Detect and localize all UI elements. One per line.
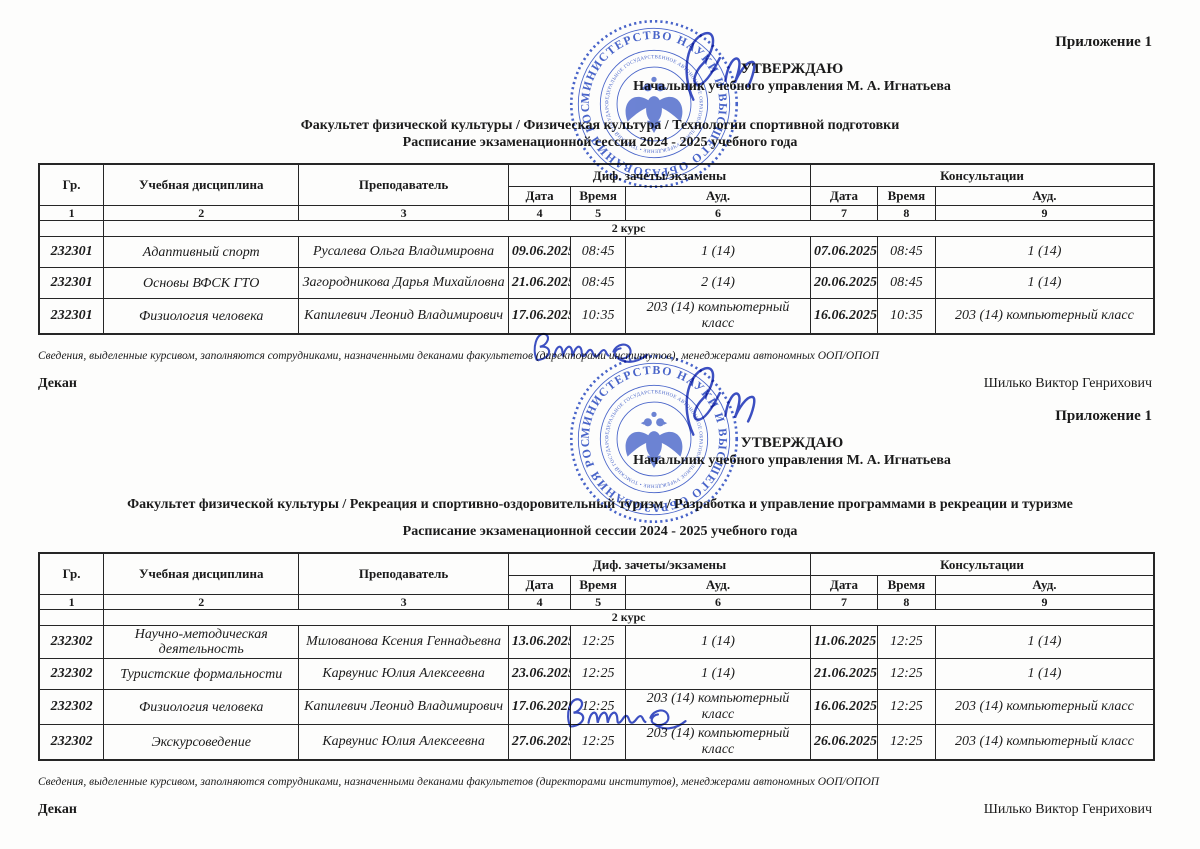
schedule-title: Расписание экзаменационной сессии 2024 -…	[0, 135, 1200, 151]
cell-discipline: Физиология человека	[104, 690, 299, 725]
col-header-cons-date: Дата	[811, 187, 878, 206]
col-header-teacher: Преподаватель	[299, 164, 509, 206]
col-header-discipline: Учебная дисциплина	[104, 164, 299, 206]
col-header-exam-time: Время	[571, 187, 626, 206]
course-row-empty-cell	[39, 221, 104, 237]
cell-discipline: Туристские формальности	[104, 659, 299, 690]
faculty-title: Факультет физической культуры / Рекреаци…	[0, 497, 1200, 513]
column-number: 6	[625, 206, 810, 221]
cell-group: 232302	[39, 626, 104, 659]
cell-cons-date: 16.06.2025	[811, 299, 878, 335]
cell-exam-date: 27.06.2025	[508, 725, 570, 761]
appendix-label: Приложение 1	[0, 408, 1200, 425]
table-row: 232301 Адаптивный спорт Русалева Ольга В…	[39, 237, 1154, 268]
cell-discipline: Экскурсоведение	[104, 725, 299, 761]
cell-teacher: Милованова Ксения Геннадьевна	[299, 626, 509, 659]
table-row: 232302 Физиология человека Капилевич Лео…	[39, 690, 1154, 725]
cell-cons-date: 26.06.2025	[811, 725, 878, 761]
cell-discipline: Физиология человека	[104, 299, 299, 335]
col-header-cons-room: Ауд.	[935, 576, 1154, 595]
exam-schedule-table-2: Гр. Учебная дисциплина Преподаватель Диф…	[38, 552, 1155, 761]
cell-group: 232301	[39, 268, 104, 299]
col-header-cons-time: Время	[877, 187, 935, 206]
cell-exam-date: 09.06.2025	[508, 237, 570, 268]
course-label: 2 курс	[104, 610, 1154, 626]
schedule-section-2: Приложение 1 УТВЕРЖДАЮ Начальник учебног…	[0, 392, 1200, 818]
column-number: 5	[571, 595, 626, 610]
cell-teacher: Загородникова Дарья Михайловна	[299, 268, 509, 299]
table-row: 232302 Экскурсоведение Карвунис Юлия Але…	[39, 725, 1154, 761]
cell-cons-time: 08:45	[877, 237, 935, 268]
column-number: 4	[508, 595, 570, 610]
dean-name: Шилько Виктор Генрихович	[984, 802, 1152, 818]
cell-group: 232301	[39, 299, 104, 335]
dean-name: Шилько Виктор Генрихович	[984, 376, 1152, 392]
cell-cons-date: 16.06.2025	[811, 690, 878, 725]
cell-exam-date: 17.06.2025	[508, 690, 570, 725]
col-header-exam-room: Ауд.	[625, 576, 810, 595]
col-header-cons-time: Время	[877, 576, 935, 595]
column-number: 8	[877, 206, 935, 221]
cell-cons-date: 11.06.2025	[811, 626, 878, 659]
approval-block: УТВЕРЖДАЮ Начальник учебного управления …	[572, 61, 1012, 95]
appendix-label: Приложение 1	[0, 34, 1200, 51]
table-row: 232301 Физиология человека Капилевич Лео…	[39, 299, 1154, 335]
col-header-cons-date: Дата	[811, 576, 878, 595]
cell-teacher: Капилевич Леонид Владимирович	[299, 690, 509, 725]
approve-officer-name: Начальник учебного управления М. А. Игна…	[572, 79, 1012, 96]
col-header-consultations: Консультации	[811, 553, 1154, 576]
cell-cons-time: 12:25	[877, 690, 935, 725]
cell-cons-date: 07.06.2025	[811, 237, 878, 268]
cell-cons-time: 10:35	[877, 299, 935, 335]
cell-exam-time: 08:45	[571, 237, 626, 268]
column-number: 4	[508, 206, 570, 221]
cell-cons-time: 08:45	[877, 268, 935, 299]
cell-teacher: Карвунис Юлия Алексеевна	[299, 725, 509, 761]
col-header-exams: Диф. зачеты/экзамены	[508, 164, 810, 187]
cell-cons-room: 203 (14) компьютерный класс	[935, 299, 1154, 335]
column-number: 5	[571, 206, 626, 221]
cell-exam-room: 1 (14)	[625, 626, 810, 659]
faculty-title: Факультет физической культуры / Физическ…	[0, 118, 1200, 134]
document-page: МИНИСТЕРСТВО НАУКИ И ВЫСШЕГО ОБРАЗОВАНИЯ…	[0, 0, 1200, 849]
approve-officer-name: Начальник учебного управления М. А. Игна…	[572, 453, 1012, 470]
col-header-exam-date: Дата	[508, 187, 570, 206]
cell-group: 232301	[39, 237, 104, 268]
cell-exam-time: 12:25	[571, 659, 626, 690]
col-header-consultations: Консультации	[811, 164, 1154, 187]
cell-exam-time: 12:25	[571, 626, 626, 659]
cell-exam-date: 17.06.2025	[508, 299, 570, 335]
column-number: 1	[39, 595, 104, 610]
dean-signature-row: Декан Шилько Виктор Генрихович	[38, 802, 1152, 818]
column-number: 1	[39, 206, 104, 221]
table-row: 232302 Научно-методическая деятельность …	[39, 626, 1154, 659]
approve-heading: УТВЕРЖДАЮ	[572, 61, 1012, 79]
cell-teacher: Карвунис Юлия Алексеевна	[299, 659, 509, 690]
cell-discipline: Научно-методическая деятельность	[104, 626, 299, 659]
course-row-empty-cell	[39, 610, 104, 626]
cell-cons-date: 21.06.2025	[811, 659, 878, 690]
schedule-section-1: Приложение 1 УТВЕРЖДАЮ Начальник учебног…	[0, 0, 1200, 392]
dean-signature-row: Декан Шилько Виктор Генрихович	[38, 376, 1152, 392]
cell-cons-time: 12:25	[877, 659, 935, 690]
cell-exam-room: 1 (14)	[625, 659, 810, 690]
cell-discipline: Адаптивный спорт	[104, 237, 299, 268]
column-number: 6	[625, 595, 810, 610]
table-row: 232302 Туристские формальности Карвунис …	[39, 659, 1154, 690]
cell-exam-room: 203 (14) компьютерный класс	[625, 690, 810, 725]
col-header-exam-date: Дата	[508, 576, 570, 595]
column-number: 3	[299, 595, 509, 610]
cell-cons-room: 203 (14) компьютерный класс	[935, 690, 1154, 725]
col-header-exam-room: Ауд.	[625, 187, 810, 206]
schedule-title: Расписание экзаменационной сессии 2024 -…	[0, 524, 1200, 540]
cell-exam-time: 12:25	[571, 725, 626, 761]
col-header-teacher: Преподаватель	[299, 553, 509, 595]
course-label: 2 курс	[104, 221, 1154, 237]
column-number: 9	[935, 206, 1154, 221]
column-number: 8	[877, 595, 935, 610]
column-number: 7	[811, 206, 878, 221]
col-header-exams: Диф. зачеты/экзамены	[508, 553, 810, 576]
cell-exam-time: 10:35	[571, 299, 626, 335]
exam-schedule-table-1: Гр. Учебная дисциплина Преподаватель Диф…	[38, 163, 1155, 335]
cell-group: 232302	[39, 725, 104, 761]
dean-label: Декан	[38, 376, 77, 392]
cell-cons-room: 1 (14)	[935, 268, 1154, 299]
cell-exam-date: 13.06.2025	[508, 626, 570, 659]
cell-exam-date: 23.06.2025	[508, 659, 570, 690]
cell-exam-time: 08:45	[571, 268, 626, 299]
column-number: 2	[104, 595, 299, 610]
dean-label: Декан	[38, 802, 77, 818]
approve-heading: УТВЕРЖДАЮ	[572, 435, 1012, 453]
cell-cons-room: 1 (14)	[935, 659, 1154, 690]
approval-block: УТВЕРЖДАЮ Начальник учебного управления …	[572, 435, 1012, 469]
col-header-exam-time: Время	[571, 576, 626, 595]
col-header-group: Гр.	[39, 164, 104, 206]
cell-discipline: Основы ВФСК ГТО	[104, 268, 299, 299]
italic-fields-note: Сведения, выделенные курсивом, заполняют…	[38, 350, 1155, 363]
table-row: 232301 Основы ВФСК ГТО Загородникова Дар…	[39, 268, 1154, 299]
cell-exam-room: 2 (14)	[625, 268, 810, 299]
column-number: 9	[935, 595, 1154, 610]
cell-cons-date: 20.06.2025	[811, 268, 878, 299]
cell-exam-time: 12:25	[571, 690, 626, 725]
cell-group: 232302	[39, 659, 104, 690]
col-header-cons-room: Ауд.	[935, 187, 1154, 206]
column-number: 7	[811, 595, 878, 610]
cell-exam-room: 203 (14) компьютерный класс	[625, 299, 810, 335]
cell-exam-room: 1 (14)	[625, 237, 810, 268]
cell-exam-date: 21.06.2025	[508, 268, 570, 299]
italic-fields-note: Сведения, выделенные курсивом, заполняют…	[38, 776, 1155, 789]
cell-cons-room: 1 (14)	[935, 237, 1154, 268]
cell-group: 232302	[39, 690, 104, 725]
col-header-group: Гр.	[39, 553, 104, 595]
cell-cons-time: 12:25	[877, 725, 935, 761]
col-header-discipline: Учебная дисциплина	[104, 553, 299, 595]
cell-cons-time: 12:25	[877, 626, 935, 659]
cell-teacher: Капилевич Леонид Владимирович	[299, 299, 509, 335]
column-number: 3	[299, 206, 509, 221]
column-number: 2	[104, 206, 299, 221]
cell-teacher: Русалева Ольга Владимировна	[299, 237, 509, 268]
cell-cons-room: 1 (14)	[935, 626, 1154, 659]
cell-exam-room: 203 (14) компьютерный класс	[625, 725, 810, 761]
cell-cons-room: 203 (14) компьютерный класс	[935, 725, 1154, 761]
